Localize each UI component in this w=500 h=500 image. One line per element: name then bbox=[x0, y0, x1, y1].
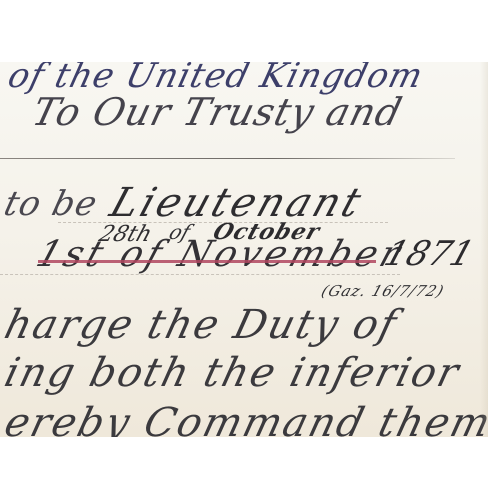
handwritten-year: 1871 bbox=[380, 234, 480, 274]
commission-document: of the United Kingdom To Our Trusty and … bbox=[0, 62, 488, 437]
printed-line-inferior: ing both the inferior bbox=[0, 350, 465, 396]
printed-line-to-be: to be bbox=[0, 184, 102, 224]
fill-line-date bbox=[0, 274, 400, 275]
engraved-rule bbox=[0, 158, 455, 159]
handwritten-gazette-note: (Gaz. 16/7/72) bbox=[319, 282, 447, 300]
red-strikethrough-line bbox=[38, 260, 376, 263]
printed-line-command: ereby Command them bbox=[0, 400, 488, 437]
printed-line-duty: harge the Duty of bbox=[0, 302, 403, 348]
handwritten-inserted-month: October bbox=[210, 219, 324, 245]
handwritten-inserted-day: 28th bbox=[96, 222, 155, 247]
printed-line-trusty: To Our Trusty and bbox=[28, 90, 407, 134]
